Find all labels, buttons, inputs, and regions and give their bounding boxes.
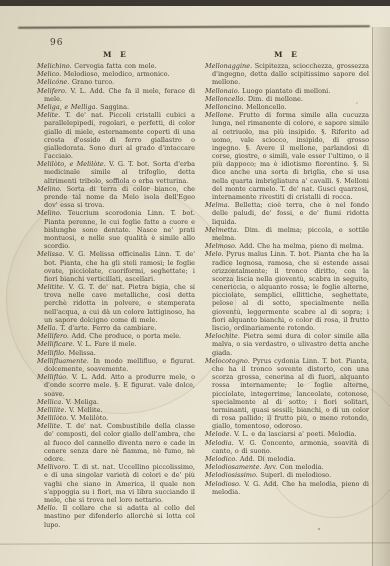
running-head-left: M E xyxy=(37,50,195,59)
dictionary-entry: Melifero. V. L. Add. Che fa il mele, fer… xyxy=(37,87,195,103)
entry-headword: Melissa. xyxy=(37,250,64,258)
entry-definition: V. G. Concento, armonia, soavità di cant… xyxy=(212,439,369,455)
entry-definition: V. L. Fare il mele. xyxy=(75,340,137,348)
dictionary-entry: Mellone. Frutto di forma simile alla cuc… xyxy=(205,111,369,201)
dictionary-entry: Melilòto, e Melilòte. V. G. T. bot. Sort… xyxy=(37,160,195,185)
entry-headword: Melocotogno. xyxy=(205,357,250,365)
dictionary-entry: Melode. V. L. e da lasciarsi a' poeti. M… xyxy=(205,430,369,438)
entry-definition: Pyrus cydonia Linn. T. bot. Pianta, che … xyxy=(212,357,369,431)
dictionary-entry: Mellifilo. Melissa. xyxy=(37,349,195,357)
dictionary-entry: Melissa. V. G. Melissa officinalis Linn.… xyxy=(37,250,195,283)
page-right-edge-shadow xyxy=(373,27,390,566)
entry-headword: Melitite. xyxy=(37,283,65,291)
dictionary-entry: Mellica. V. Meliga. xyxy=(37,398,195,406)
entry-definition: V. G. T. de' nat. Pietra bigia, che si t… xyxy=(44,283,195,324)
dictionary-entry: Mellifluamente. In modo mellifluo, e fig… xyxy=(37,357,195,373)
dictionary-entry: Melma. Belletta; cioè terra, che è nel f… xyxy=(205,201,369,226)
entry-definition: Melissa. xyxy=(66,349,96,357)
entry-definition: Add. Di melodia. xyxy=(237,455,295,463)
dictionary-entry: Melmetta. Dim. di melma; piccola, e sott… xyxy=(205,226,369,242)
entry-definition: Belletta; cioè terra, che è nel fondo de… xyxy=(212,201,369,225)
entry-headword: Mellite. xyxy=(37,422,62,430)
entry-headword: Melicóne. xyxy=(37,78,69,86)
dictionary-entry: Melloncello. Dim. di mellone. xyxy=(205,95,369,103)
entry-definition: Pyrus malus Linn. T. bot. Pianta che ha … xyxy=(212,250,369,332)
entry-headword: Melochite. xyxy=(205,332,240,340)
entry-definition: Teucrium scorodonia Linn. T. bot. Pianta… xyxy=(44,209,195,250)
entry-definition: Il collare che si adatta al collo del ma… xyxy=(44,504,195,528)
entry-headword: Melloncino. xyxy=(205,103,244,111)
entry-definition: Dim. di mellone. xyxy=(245,95,303,103)
entry-definition: Superl. di melodioso. xyxy=(258,471,331,479)
dictionary-entry: Melliflúo. V. L. Add. Atto a produrre me… xyxy=(37,373,195,398)
entry-headword: Mellifero. xyxy=(37,332,69,340)
entry-headword: Melo. xyxy=(205,250,223,258)
entry-headword: Melilòto, e Melilòte. xyxy=(37,160,106,168)
page-number: 96 xyxy=(50,38,63,48)
paper: 96 M E Melichino. Cervogia fatta con mel… xyxy=(0,6,390,566)
entry-definition: Saggina. xyxy=(98,103,129,111)
dictionary-entry: Melo. Pyrus malus Linn. T. bot. Pianta c… xyxy=(205,250,369,332)
entry-headword: Mellifluamente. xyxy=(37,357,89,365)
entry-definition: V. Melilòto. xyxy=(68,414,108,422)
dictionary-entry: Mellilite. V. Mellite. xyxy=(37,406,195,414)
entry-headword: Mellivoro. xyxy=(37,463,70,471)
dictionary-entry: Melochite. Pietra semi dura di color sim… xyxy=(205,332,369,357)
entry-definition: T. de' nat. Piccoli cristalli cubici a p… xyxy=(44,111,195,160)
dictionary-entry: Mella. T. d'arte. Ferro da cambiare. xyxy=(37,324,195,332)
entry-headword: Melodioso. xyxy=(205,480,241,488)
dictionary-entry: Mellifero. Add. Che produce, o porta mel… xyxy=(37,332,195,340)
entry-headword: Melino. xyxy=(37,185,62,193)
entry-headword: Melliflúo. xyxy=(37,373,68,381)
entry-headword: Melifero. xyxy=(37,87,67,95)
entry-definition: T. de' nat. Combustibile della classe de… xyxy=(44,422,195,463)
entry-definition: Frutto di forma simile alla cucuzza lung… xyxy=(212,111,369,201)
entry-definition: V. G. Melissa officinalis Linn. T. de' b… xyxy=(44,250,195,283)
dictionary-entry: Melodico. Add. Di melodia. xyxy=(205,455,369,463)
entry-headword: Mellifilo. xyxy=(37,349,66,357)
entry-headword: Melmetta. xyxy=(205,226,239,234)
entry-definition: Cervogia fatta con mele. xyxy=(72,62,157,70)
dictionary-entry: Mellonaio. Luogo piantato di melloni. xyxy=(205,87,369,95)
dictionary-entry: Mello. Il collare che si adatta al collo… xyxy=(37,504,195,529)
entry-headword: Mellonaggine. xyxy=(205,62,252,70)
dictionary-entries-right: Mellonaggine. Scipitezza, sciocchezza, g… xyxy=(205,62,369,496)
dictionary-entry: Melodiosamente. Avv. Con melodia. xyxy=(205,463,369,471)
dictionary-entry: Mellivoro. T. di st. nat. Uccellino picc… xyxy=(37,463,195,504)
entry-headword: Mellificare. xyxy=(37,340,75,348)
dictionary-entry: Melocotogno. Pyrus cydonia Linn. T. bot.… xyxy=(205,357,369,431)
dictionary-entry: Melicóne. Grano turco. xyxy=(37,78,195,86)
entry-headword: Meliga, e Melliga. xyxy=(37,103,98,111)
column-left: M E Melichino. Cervogia fatta con mele.M… xyxy=(37,50,195,529)
entry-headword: Mellica. xyxy=(37,398,63,406)
entry-headword: Melode. xyxy=(205,430,232,438)
entry-headword: Melichino. xyxy=(37,62,72,70)
entry-definition: Sorta di terra di color bianco, che pren… xyxy=(44,185,195,209)
entry-definition: V. L. Add. Che fa il mele, ferace di mel… xyxy=(44,87,195,103)
dictionary-entry: Melico. Melodioso, melodico, armonico. xyxy=(37,70,195,78)
entry-headword: Melodiosamente. xyxy=(205,463,262,471)
entry-headword: Melico. xyxy=(37,70,61,78)
dictionary-entry: Mellificare. V. L. Fare il mele. xyxy=(37,340,195,348)
entry-definition: Add. Che produce, o porta mele. xyxy=(69,332,181,340)
dictionary-entry: Melodia. V. G. Concento, armonia, soavit… xyxy=(205,439,369,455)
running-head-right: M E xyxy=(205,50,369,59)
dictionary-entry: Melino. Teucrium scorodonia Linn. T. bot… xyxy=(37,209,195,250)
entry-definition: Grano turco. xyxy=(69,78,114,86)
dictionary-entry: Meliga, e Melliga. Saggina. xyxy=(37,103,195,111)
entry-definition: T. d'arte. Ferro da cambiare. xyxy=(58,324,157,332)
dictionary-entry: Mellonaggine. Scipitezza, sciocchezza, g… xyxy=(205,62,369,87)
entry-definition: Avv. Con melodia. xyxy=(262,463,324,471)
entry-headword: Melma. xyxy=(205,201,230,209)
entry-headword: Melodia. xyxy=(205,439,234,447)
dictionary-entry: Melodiosissimo. Superl. di melodioso. xyxy=(205,471,369,479)
dictionary-entries-left: Melichino. Cervogia fatta con mele.Melic… xyxy=(37,62,195,529)
dictionary-entry: Melodioso. V. G. Add. Che ha melodia, pi… xyxy=(205,480,369,496)
entry-headword: Melloncello. xyxy=(205,95,245,103)
entry-definition: V. L. e da lasciarsi a' poeti. Melodia. xyxy=(232,430,357,438)
dictionary-entry: Melmoso. Add. Che ha melma, pieno di mel… xyxy=(205,242,369,250)
entry-definition: V. Meliga. xyxy=(63,398,99,406)
dictionary-entry: Melite. T. de' nat. Piccoli cristalli cu… xyxy=(37,111,195,160)
entry-definition: Add. Che ha melma, pieno di melma. xyxy=(237,242,364,250)
entry-headword: Melodico. xyxy=(205,455,237,463)
entry-headword: Mello. xyxy=(37,504,58,512)
entry-definition: Melloncello. xyxy=(244,103,287,111)
entry-headword: Mellilite. xyxy=(37,406,66,414)
entry-headword: Melite. xyxy=(37,111,60,119)
column-right: M E Mellonaggine. Scipitezza, sciocchezz… xyxy=(205,50,369,496)
entry-headword: Melodiosissimo. xyxy=(205,471,258,479)
entry-definition: Melodioso, melodico, armonico. xyxy=(61,70,169,78)
dictionary-entry: Mellite. T. de' nat. Combustibile della … xyxy=(37,422,195,463)
entry-headword: Melino. xyxy=(37,209,62,217)
dictionary-entry: Melloncino. Melloncello. xyxy=(205,103,369,111)
entry-headword: Melmoso. xyxy=(205,242,237,250)
entry-headword: Mellonaio. xyxy=(205,87,240,95)
dictionary-entry: Mellilòto. V. Melilòto. xyxy=(37,414,195,422)
dictionary-entry: Melitite. V. G. T. de' nat. Pietra bigia… xyxy=(37,283,195,324)
paper-speck xyxy=(318,528,320,530)
dictionary-entry: Melichino. Cervogia fatta con mele. xyxy=(37,62,195,70)
entry-definition: Luogo piantato di melloni. xyxy=(240,87,331,95)
entry-definition: V. Mellite. xyxy=(66,406,102,414)
entry-headword: Mellilòto. xyxy=(37,414,68,422)
scanned-book-page: 96 M E Melichino. Cervogia fatta con mel… xyxy=(0,0,390,566)
entry-headword: Mella. xyxy=(37,324,58,332)
dictionary-entry: Melino. Sorta di terra di color bianco, … xyxy=(37,185,195,210)
entry-headword: Mellone. xyxy=(205,111,234,119)
